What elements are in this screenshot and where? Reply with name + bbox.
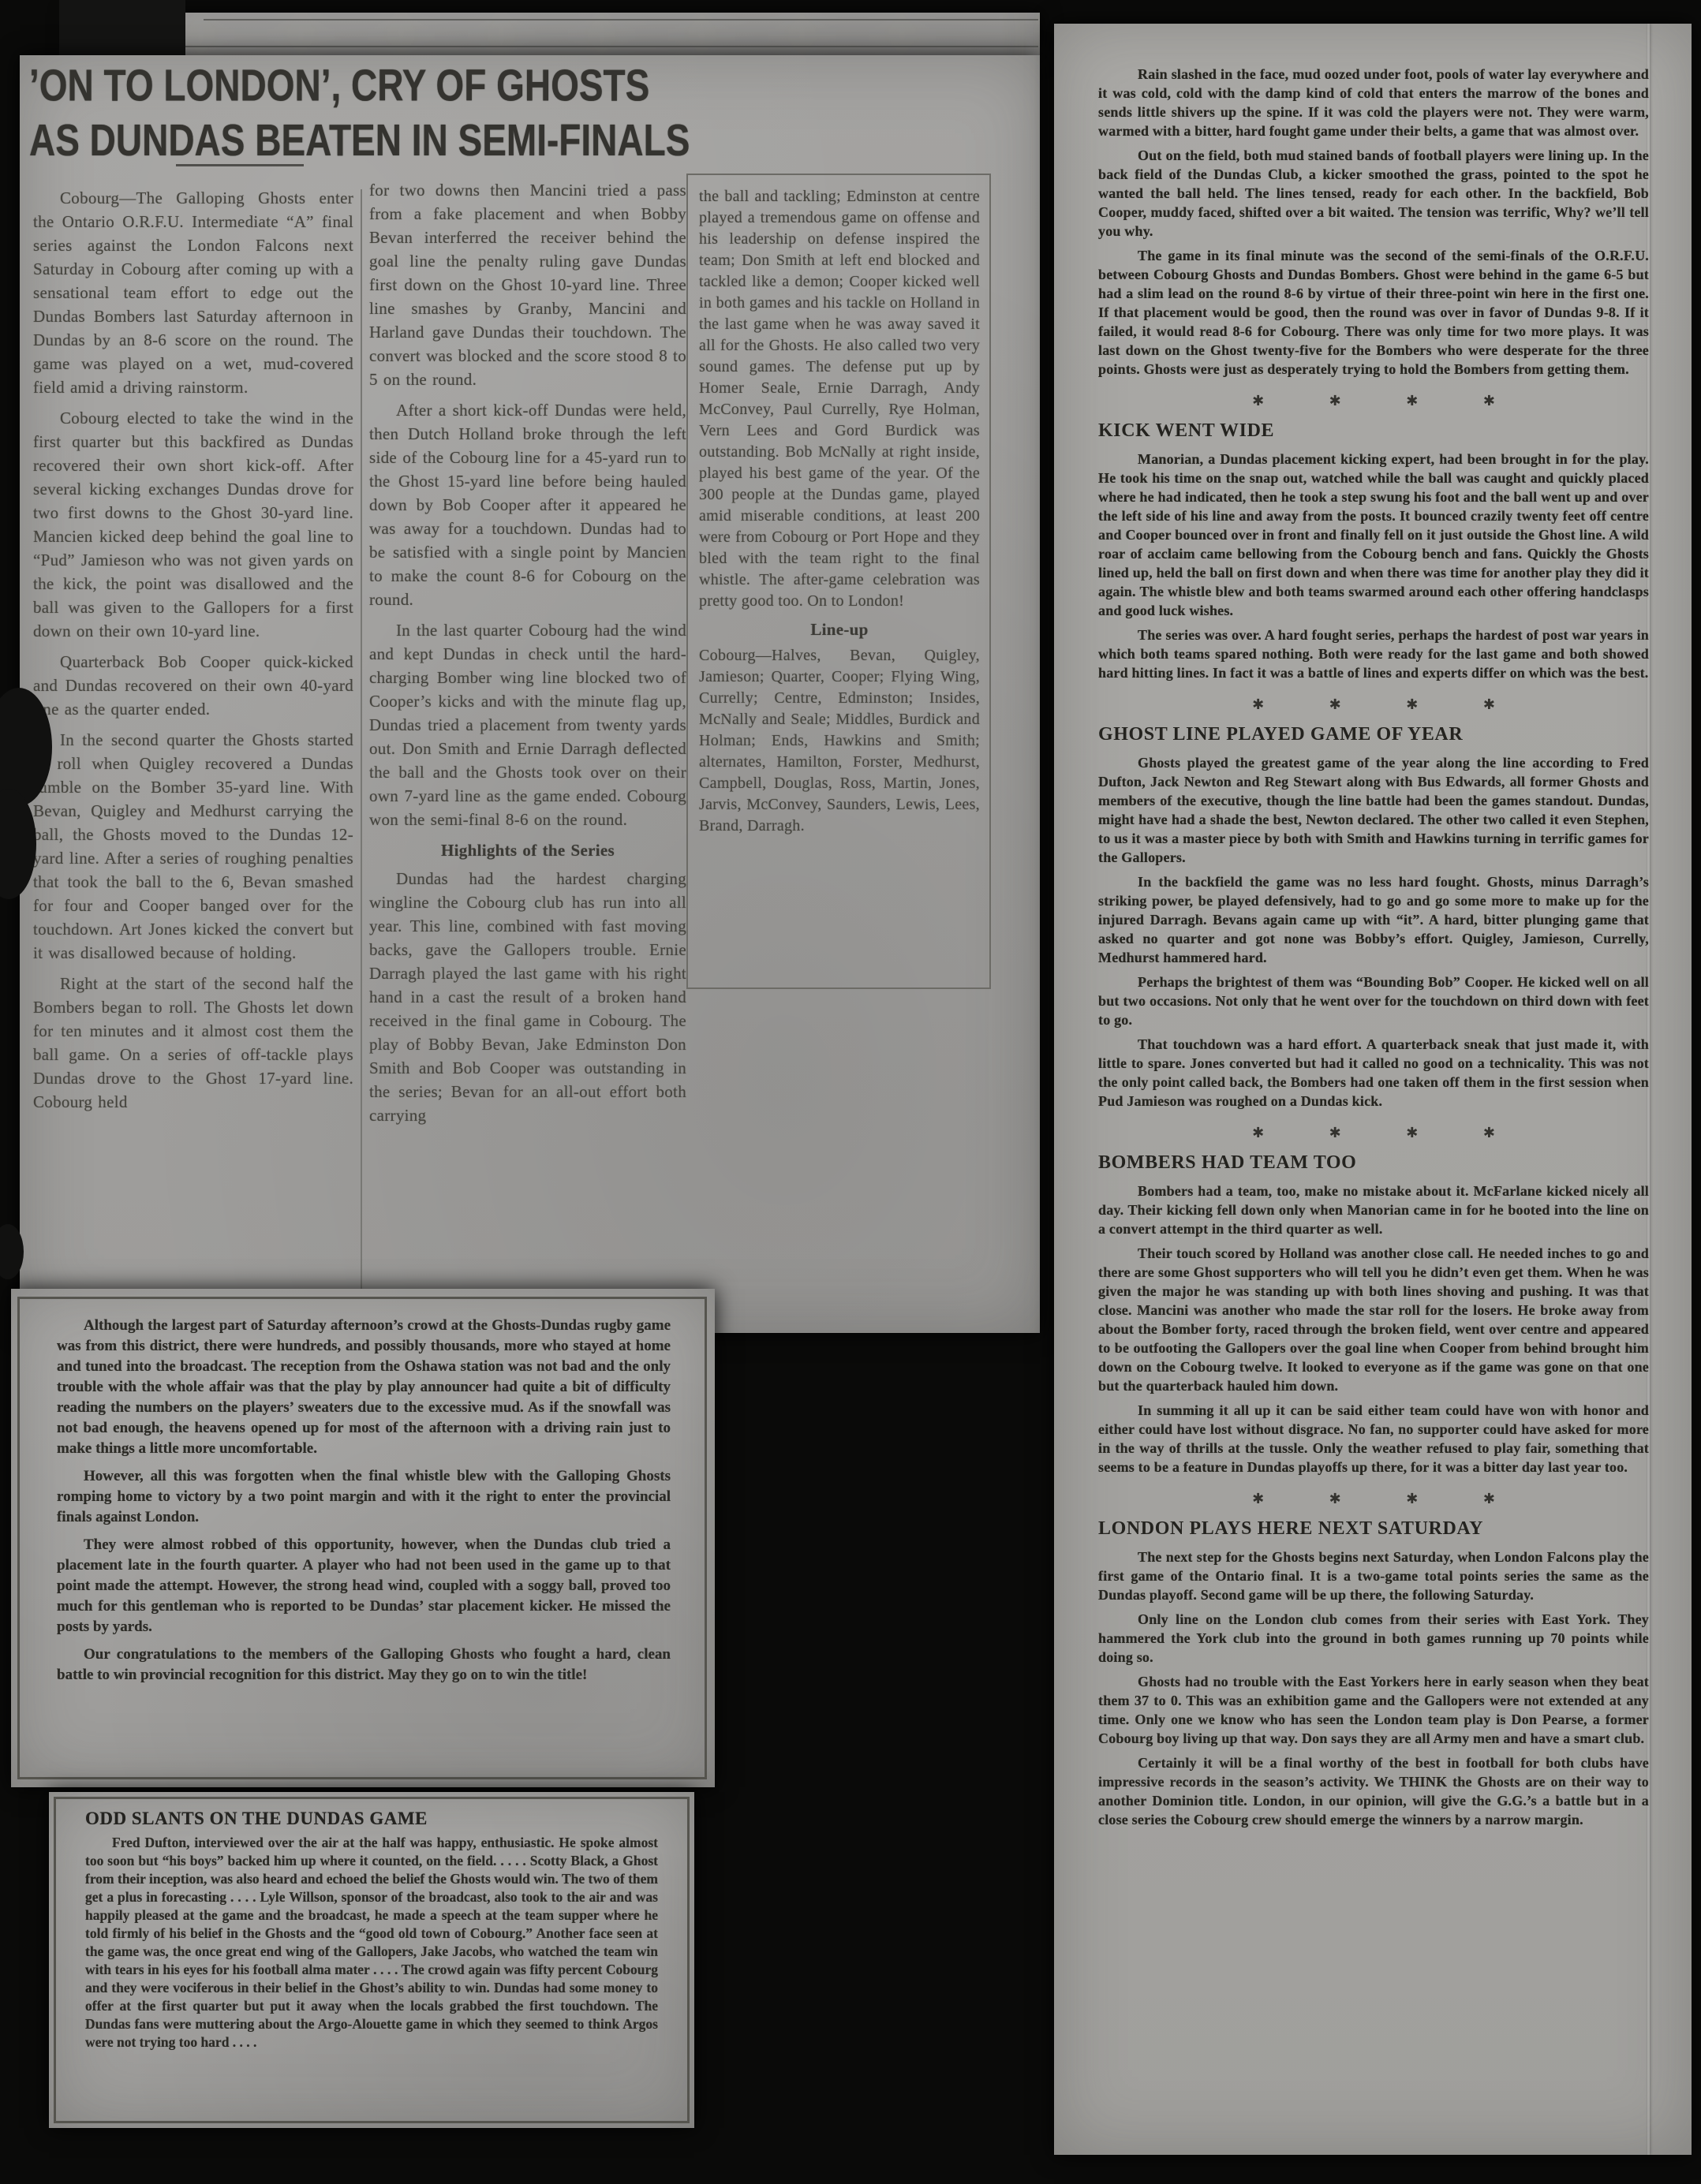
paragraph: The next step for the Ghosts begins next… xyxy=(1098,1547,1649,1604)
newspaper-scan-page: { "headline": { "line1": "’ON TO LONDON’… xyxy=(0,0,1701,2184)
section-heading-bombers: BOMBERS HAD TEAM TOO xyxy=(1098,1152,1649,1174)
masthead-rule-bottom xyxy=(82,46,1038,47)
paragraph: Certainly it will be a final worthy of t… xyxy=(1098,1753,1649,1829)
note-box-clipping: Although the largest part of Saturday af… xyxy=(11,1289,715,1787)
paragraph: After a short kick-off Dundas were held,… xyxy=(369,398,686,611)
star-separator: ✱ ✱ ✱ ✱ xyxy=(1098,1125,1649,1141)
star-separator: ✱ ✱ ✱ ✱ xyxy=(1098,696,1649,713)
paragraph: Ghosts had no trouble with the East York… xyxy=(1098,1672,1649,1748)
paragraph: That touchdown was a hard effort. A quar… xyxy=(1098,1035,1649,1111)
paragraph: Out on the field, both mud stained bands… xyxy=(1098,146,1649,241)
section-heading-ghost-line: GHOST LINE PLAYED GAME OF YEAR xyxy=(1098,724,1649,745)
paragraph: However, all this was forgotten when the… xyxy=(57,1466,671,1528)
paragraph: Ghosts played the greatest game of the y… xyxy=(1098,753,1649,867)
paragraph: Their touch scored by Holland was anothe… xyxy=(1098,1244,1649,1395)
headline: ’ON TO LONDON’, CRY OF GHOSTS AS DUNDAS … xyxy=(29,58,716,168)
paragraph: Rain slashed in the face, mud oozed unde… xyxy=(1098,65,1649,140)
subhead-lineup: Line-up xyxy=(699,619,980,640)
section-heading-kick-went-wide: KICK WENT WIDE xyxy=(1098,420,1649,442)
section-heading-london: LONDON PLAYS HERE NEXT SATURDAY xyxy=(1098,1518,1649,1540)
masthead-rule-top xyxy=(204,19,1038,21)
main-clipping: ’ON TO LONDON’, CRY OF GHOSTS AS DUNDAS … xyxy=(20,55,1040,1333)
article-column-3-box: the ball and tackling; Edminston at cent… xyxy=(686,174,991,989)
headline-divider xyxy=(176,164,304,166)
paragraph: Our congratulations to the members of th… xyxy=(57,1645,671,1686)
paragraph: In the backfield the game was no less ha… xyxy=(1098,872,1649,967)
odd-slants-title: ODD SLANTS ON THE DUNDAS GAME xyxy=(85,1809,658,1827)
headline-line2: AS DUNDAS BEATEN IN SEMI-FINALS xyxy=(29,114,716,169)
star-separator: ✱ ✱ ✱ ✱ xyxy=(1098,393,1649,409)
paragraph: Manorian, a Dundas placement kicking exp… xyxy=(1098,450,1649,620)
lineup-paragraph: Cobourg—Halves, Bevan, Quigley, Jamieson… xyxy=(699,645,980,837)
paragraph: The series was over. A hard fought serie… xyxy=(1098,625,1649,682)
paragraph: the ball and tackling; Edminston at cent… xyxy=(699,186,980,612)
right-column-content: Rain slashed in the face, mud oozed unde… xyxy=(1098,65,1649,1835)
paragraph: In the last quarter Cobourg had the wind… xyxy=(369,618,686,831)
paragraph: Cobourg elected to take the wind in the … xyxy=(33,406,353,643)
paragraph: Cobourg—The Galloping Ghosts enter the O… xyxy=(33,186,353,399)
paragraph: Fred Dufton, interviewed over the air at… xyxy=(85,1834,658,2051)
paragraph: Quarterback Bob Cooper quick-kicked and … xyxy=(33,650,353,721)
subhead-highlights: Highlights of the Series xyxy=(369,838,686,862)
article-column-1: Cobourg—The Galloping Ghosts enter the O… xyxy=(33,186,353,1322)
odd-slants-clipping: ODD SLANTS ON THE DUNDAS GAME Fred Dufto… xyxy=(49,1792,694,2128)
paragraph: Dundas had the hardest charging wingline… xyxy=(369,867,686,1127)
paragraph: In summing it all up it can be said eith… xyxy=(1098,1401,1649,1477)
paragraph: Although the largest part of Saturday af… xyxy=(57,1316,671,1459)
paragraph: They were almost robbed of this opportun… xyxy=(57,1535,671,1637)
headline-line1: ’ON TO LONDON’, CRY OF GHOSTS xyxy=(29,58,716,114)
star-separator: ✱ ✱ ✱ ✱ xyxy=(1098,1491,1649,1507)
paragraph: In the second quarter the Ghosts started… xyxy=(33,728,353,965)
torn-corner xyxy=(59,0,185,55)
paragraph: for two downs then Mancini tried a pass … xyxy=(369,178,686,391)
paragraph: The game in its final minute was the sec… xyxy=(1098,246,1649,379)
paragraph: Only line on the London club comes from … xyxy=(1098,1610,1649,1667)
paragraph: Bombers had a team, too, make no mistake… xyxy=(1098,1182,1649,1238)
column-rule xyxy=(361,189,362,1294)
article-column-2: for two downs then Mancini tried a pass … xyxy=(369,178,686,1330)
masthead-strip xyxy=(69,13,1040,57)
paragraph: Perhaps the brightest of them was “Bound… xyxy=(1098,973,1649,1029)
paragraph: Right at the start of the second half th… xyxy=(33,972,353,1114)
note-box-text: Although the largest part of Saturday af… xyxy=(57,1316,671,1693)
odd-slants-text: ODD SLANTS ON THE DUNDAS GAME Fred Dufto… xyxy=(85,1809,658,2059)
right-clipping: Rain slashed in the face, mud oozed unde… xyxy=(1054,24,1692,2155)
